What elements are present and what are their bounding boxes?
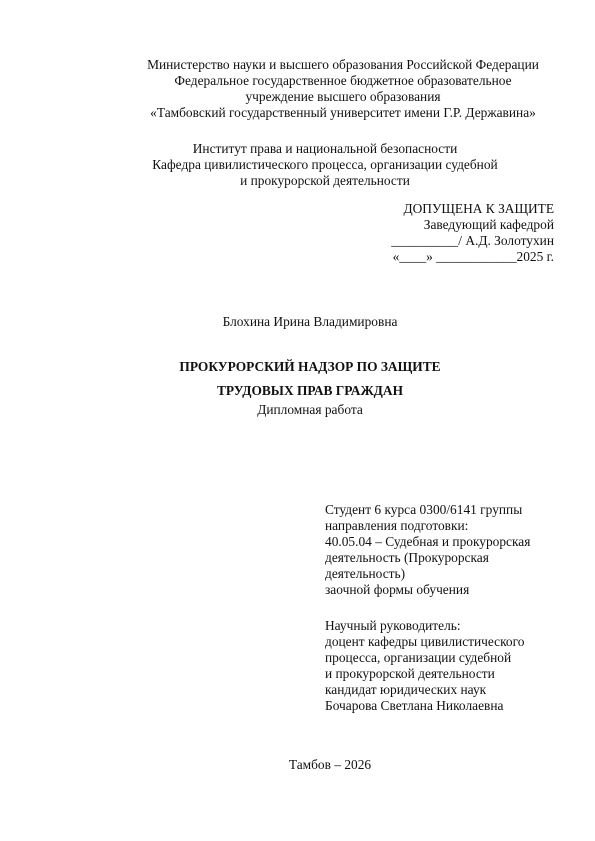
- author-name: Блохина Ирина Владимировна: [170, 314, 450, 330]
- approval-role: Заведующий кафедрой: [391, 217, 554, 233]
- university-name-line: «Тамбовский государственный университет …: [120, 105, 566, 121]
- organization-header: Министерство науки и высшего образования…: [120, 57, 566, 121]
- approval-status: ДОПУЩЕНА К ЗАЩИТЕ: [391, 201, 554, 217]
- institute-line: Институт права и национальной безопаснос…: [120, 141, 530, 157]
- institution-type-line: Федеральное государственное бюджетное об…: [120, 73, 566, 89]
- student-course-group: Студент 6 курса 0300/6141 группы: [325, 502, 530, 518]
- student-direction-code: 40.05.04 – Судебная и прокурорская: [325, 534, 530, 550]
- approval-date: «____» ____________2025 г.: [391, 249, 554, 265]
- author-name-text: Блохина Ирина Владимировна: [170, 314, 450, 330]
- student-direction-cont: деятельность (Прокурорская: [325, 550, 530, 566]
- advisor-position: доцент кафедры цивилистического: [325, 634, 525, 650]
- student-info: Студент 6 курса 0300/6141 группы направл…: [325, 502, 530, 598]
- advisor-position-end: и прокурорской деятельности: [325, 666, 525, 682]
- advisor-name: Бочарова Светлана Николаевна: [325, 698, 525, 714]
- city-year-text: Тамбов – 2026: [200, 757, 460, 773]
- advisor-label: Научный руководитель:: [325, 618, 525, 634]
- institution-level-line: учреждение высшего образования: [120, 89, 566, 105]
- title-page: Министерство науки и высшего образования…: [0, 0, 595, 841]
- student-direction-label: направления подготовки:: [325, 518, 530, 534]
- thesis-title-line-2: ТРУДОВЫХ ПРАВ ГРАЖДАН: [150, 379, 470, 403]
- work-type-text: Дипломная работа: [170, 402, 450, 418]
- department-line: Кафедра цивилистического процесса, орган…: [120, 157, 530, 173]
- advisor-info: Научный руководитель: доцент кафедры цив…: [325, 618, 525, 714]
- department-line-cont: и прокурорской деятельности: [120, 173, 530, 189]
- advisor-position-cont: процесса, организации судебной: [325, 650, 525, 666]
- approval-block: ДОПУЩЕНА К ЗАЩИТЕ Заведующий кафедрой __…: [391, 201, 554, 265]
- department-header: Институт права и национальной безопаснос…: [120, 141, 530, 189]
- thesis-title: ПРОКУРОРСКИЙ НАДЗОР ПО ЗАЩИТЕ ТРУДОВЫХ П…: [150, 355, 470, 403]
- work-type: Дипломная работа: [170, 402, 450, 418]
- ministry-line: Министерство науки и высшего образования…: [120, 57, 566, 73]
- approval-signature: __________/ А.Д. Золотухин: [391, 233, 554, 249]
- advisor-degree: кандидат юридических наук: [325, 682, 525, 698]
- student-study-form: заочной формы обучения: [325, 582, 530, 598]
- city-year-footer: Тамбов – 2026: [200, 757, 460, 773]
- student-direction-end: деятельность): [325, 566, 530, 582]
- thesis-title-line-1: ПРОКУРОРСКИЙ НАДЗОР ПО ЗАЩИТЕ: [150, 355, 470, 379]
